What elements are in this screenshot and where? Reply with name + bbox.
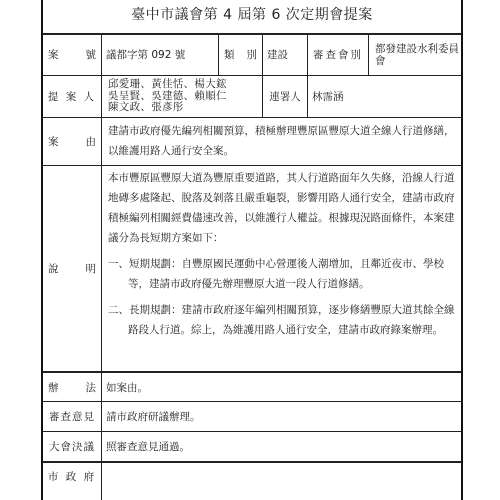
label-char: 法 (86, 380, 97, 395)
case-number-label: 案 號 (43, 34, 101, 75)
proposer-value: 邱愛珊、黃佳恬、楊大鋐 吳呈賢、吳建德、賴順仁 陳文政、張彥彤 (102, 76, 262, 117)
proposer-line: 陳文政、張彥彤 (108, 102, 184, 114)
reason-value: 建請市政府優先編列相關預算，積極辦理豐原區豐原大道全線人行道修繕，以維護用路人通… (102, 118, 463, 165)
proposer-label: 提 案 人 (43, 76, 101, 117)
document-title: 臺中市議會第 4 屆第 6 次定期會提案 (43, 0, 461, 32)
label-char: 別 (247, 47, 258, 62)
label-char: 案 (48, 47, 59, 62)
explanation-label: 說 明 (43, 166, 101, 371)
label-char: 類 (224, 47, 235, 62)
case-number-value: 議都字第 092 號 (102, 34, 218, 75)
committee-value: 都發建設水利委員會 (369, 34, 463, 75)
committee-label: 審查會別 (308, 34, 368, 75)
label-char: 由 (86, 134, 97, 149)
label-char: 明 (86, 261, 97, 276)
explanation-intro: 本市豐原區豐原大道為豐原重要道路，其人行道路面年久失修，沿線人行道地磚多處隆起、… (108, 168, 457, 248)
proposal-form: 臺中市議會第 4 屆第 6 次定期會提案 案 號 議都字第 092 號 類 別 … (41, 0, 463, 500)
review-opinion-value: 請市政府研議辦理。 (102, 402, 463, 431)
reason-label: 案 由 (43, 118, 101, 165)
category-label: 類 別 (219, 34, 262, 75)
council-resolution-label: 大會決議 (43, 432, 101, 461)
label-char: 案 (48, 134, 59, 149)
category-value: 建設 (263, 34, 307, 75)
city-government-value (102, 463, 463, 500)
explanation-item: 二、長期規劃：建請市政府逐年編列相關預算，逐步修繕豐原大道其餘全線路段人行道。綜… (108, 300, 457, 340)
method-label: 辦 法 (43, 373, 101, 401)
review-opinion-label: 審查意見 (43, 402, 101, 431)
cosigner-value: 林霈涵 (308, 76, 463, 117)
explanation-value: 本市豐原區豐原大道為豐原重要道路，其人行道路面年久失修，沿線人行道地磚多處隆起、… (102, 166, 463, 371)
explanation-item: 一、短期規劃：自豐原國民運動中心營運後人潮增加，且鄰近夜市、學校等，建請市政府優… (108, 254, 457, 294)
cosigner-label: 連署人 (263, 76, 307, 117)
label-char: 辦 (48, 380, 59, 395)
council-resolution-value: 照審查意見通過。 (102, 432, 463, 461)
label-char: 說 (48, 261, 59, 276)
city-government-label: 市 政 府 (43, 463, 101, 489)
method-value: 如案由。 (102, 373, 463, 401)
label-char: 號 (86, 47, 97, 62)
